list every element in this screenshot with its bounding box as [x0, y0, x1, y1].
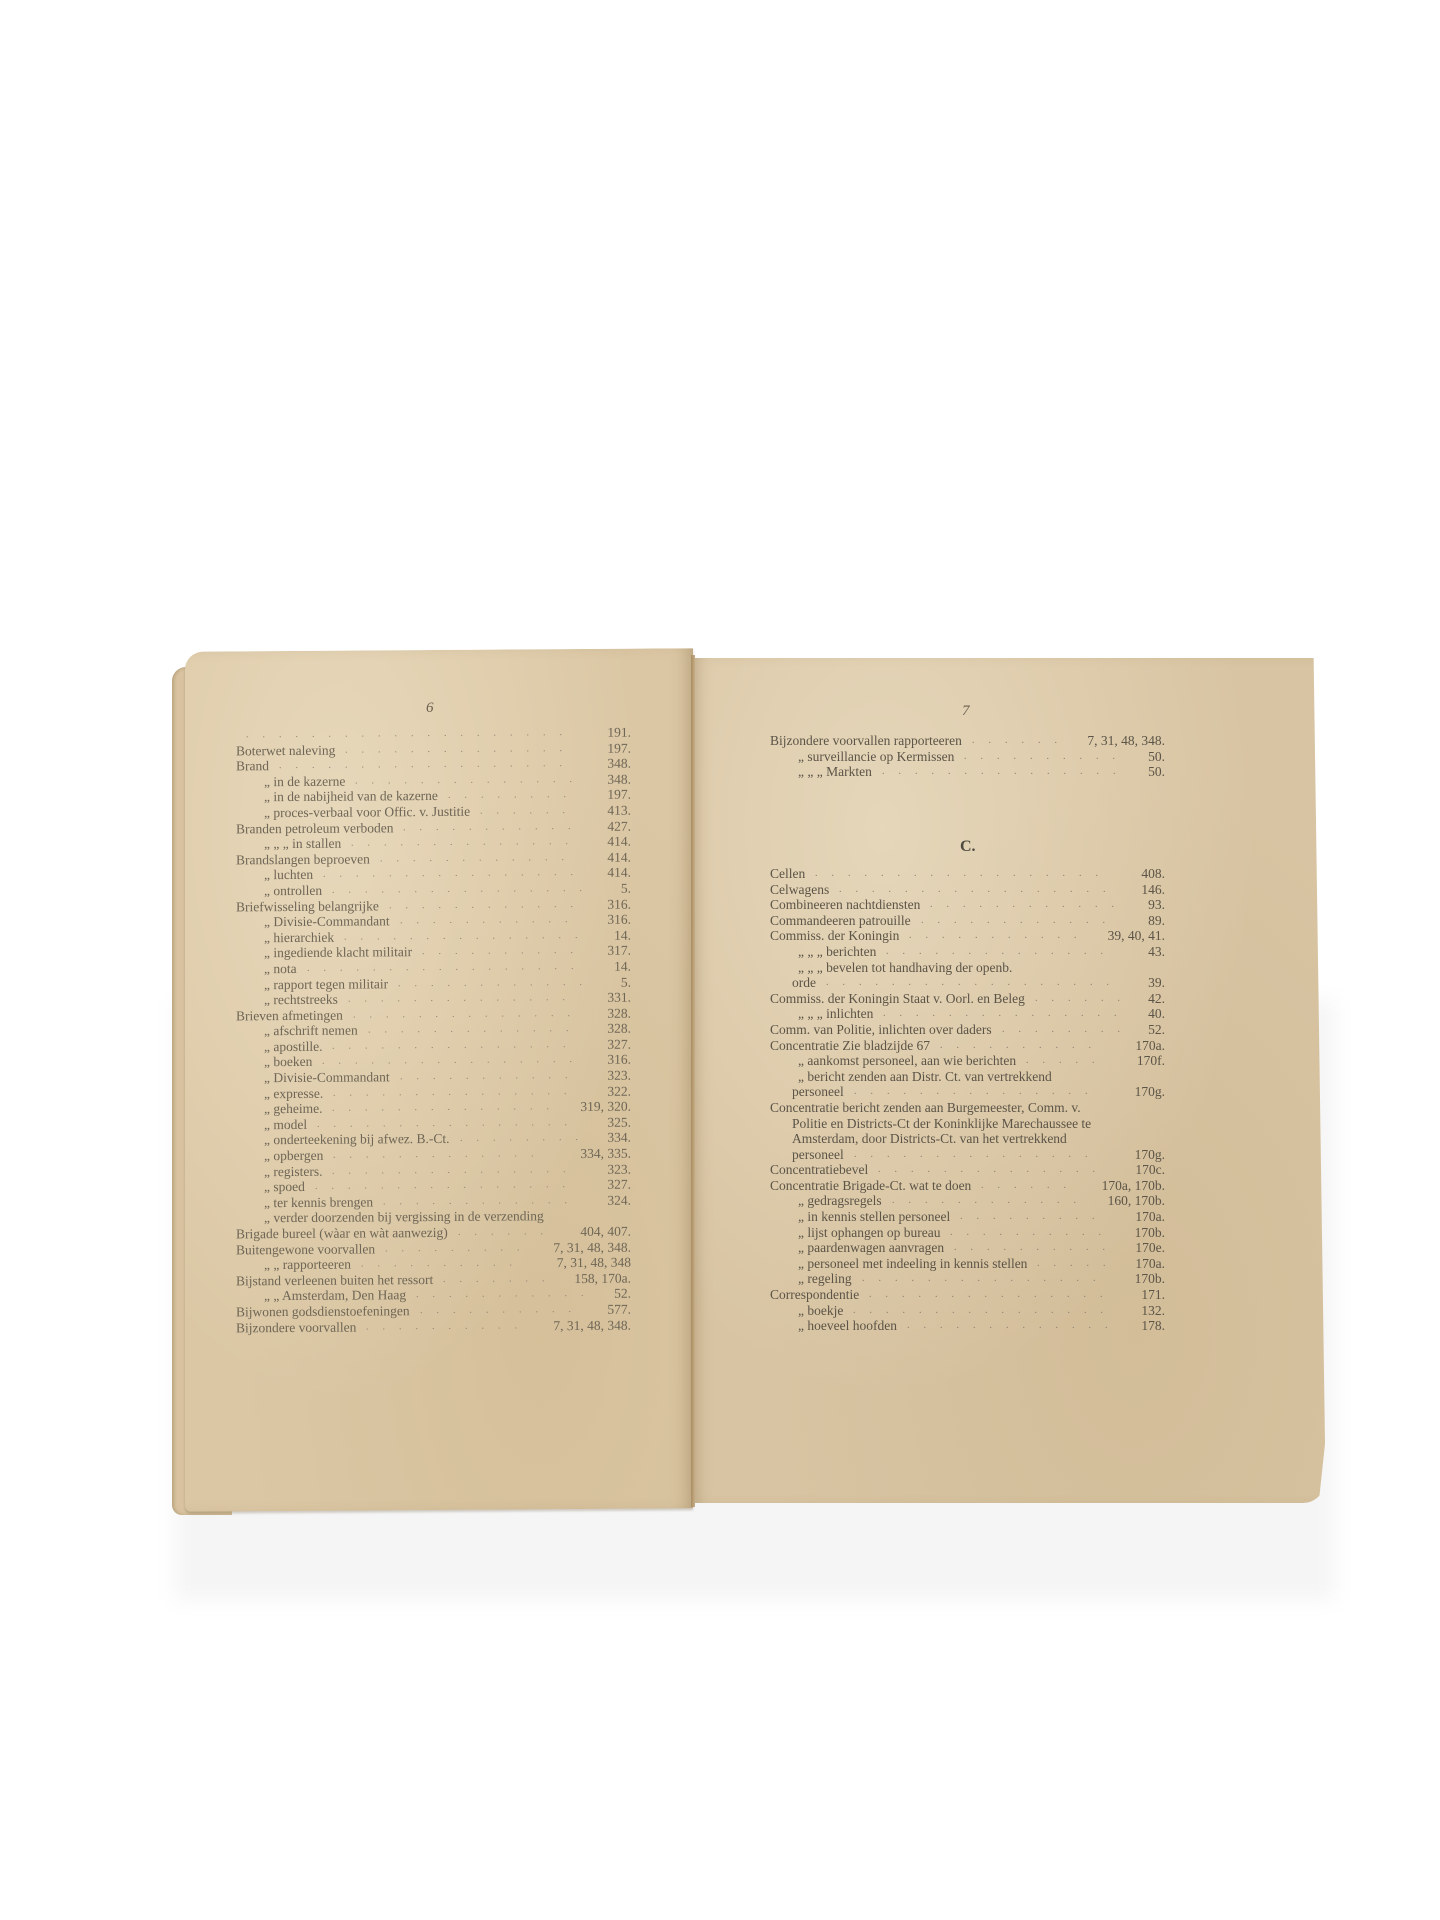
- entry-pages: 319, 320.: [580, 1099, 631, 1115]
- entry-label: „ afschrift nemen: [264, 1023, 358, 1039]
- entry-pages: 132.: [1141, 1303, 1165, 1319]
- entry-pages: 170a.: [1135, 1256, 1165, 1272]
- index-entry: „ paardenwagen aanvragen..........170e.: [770, 1240, 1165, 1256]
- index-entry: Bijzondere voorvallen rapporteeren......…: [770, 733, 1165, 749]
- book-gutter: [691, 655, 695, 1507]
- entry-pages: 14.: [614, 959, 631, 975]
- index-entry: „ „ „ inlichten...............40.: [770, 1006, 1165, 1022]
- index-entry: Concentratie Brigade-Ct. wat te doen....…: [770, 1178, 1165, 1194]
- dot-leader: ................: [317, 1115, 581, 1132]
- entry-label: Celwagens: [770, 882, 829, 898]
- dot-leader: ..........: [366, 1318, 531, 1335]
- entry-pages: 40.: [1148, 1006, 1165, 1022]
- dot-leader: ..............: [351, 834, 582, 851]
- dot-leader: ..............: [886, 944, 1117, 960]
- entry-label: „ nota: [264, 961, 297, 977]
- entry-label: „ ingediende klacht militair: [264, 944, 412, 961]
- entry-label: „ paardenwagen aanvragen: [798, 1240, 944, 1256]
- entry-label: „ bericht zenden aan Distr. Ct. van vert…: [798, 1069, 1052, 1085]
- dot-leader: ..............: [345, 741, 576, 758]
- index-list-right-c: Cellen..................408.Celwagens...…: [770, 866, 1165, 1334]
- index-entry: Concentratie Zie bladzijde 67..........1…: [770, 1038, 1165, 1054]
- entry-label: „ „ „ berichten: [798, 944, 876, 960]
- index-entry: Celwagens.................146.: [770, 882, 1165, 898]
- entry-pages: 7, 31, 48, 348.: [1087, 733, 1165, 749]
- index-entry: Combineeren nachtdiensten............93.: [770, 897, 1165, 913]
- entry-pages: 325.: [607, 1114, 631, 1130]
- dot-leader: ......: [458, 1224, 557, 1240]
- index-entry: Commandeeren patrouille............89.: [770, 913, 1165, 929]
- dot-leader: ......: [480, 803, 579, 819]
- index-entry: „ personeel met indeeling in kennis stel…: [770, 1256, 1165, 1272]
- entry-label: „ „ rapporteeren: [264, 1257, 351, 1273]
- index-entry: personeel...............170g.: [770, 1147, 1165, 1163]
- entry-label: Brandslangen beproeven: [236, 851, 370, 868]
- dot-leader: ..........: [361, 1256, 526, 1273]
- entry-label: „ gedragsregels: [798, 1193, 882, 1209]
- entry-pages: 158, 170a.: [574, 1270, 631, 1286]
- entry-label: „ in de nabijheid van de kazerne: [264, 788, 438, 805]
- entry-label: Politie en Districts-Ct der Koninklijke …: [792, 1116, 1091, 1132]
- entry-pages: 316.: [607, 912, 631, 928]
- entry-pages: 170b.: [1135, 1225, 1165, 1241]
- entry-label: Brand: [236, 758, 269, 774]
- dot-leader: ...........: [416, 1286, 598, 1303]
- entry-label: „ ter kennis brengen: [264, 1194, 373, 1210]
- entry-label: „ luchten: [264, 867, 313, 883]
- index-entry: Concentratiebevel..............170c.: [770, 1162, 1165, 1178]
- entry-label: „ in kennis stellen personeel: [798, 1209, 950, 1225]
- entry-pages: 170b.: [1135, 1271, 1165, 1287]
- entry-pages: 7, 31, 48, 348: [557, 1255, 631, 1271]
- entry-pages: 197.: [607, 787, 631, 803]
- entry-pages: 414.: [607, 849, 631, 865]
- dot-leader: ................: [322, 1052, 586, 1069]
- index-entry: „ lijst ophangen op bureau..........170b…: [770, 1225, 1165, 1241]
- dot-leader: ...............: [862, 1271, 1110, 1287]
- entry-label: Concentratie Brigade-Ct. wat te doen: [770, 1178, 971, 1194]
- entry-label: Brigade bureel (wàar en wàt aanwezig): [236, 1225, 448, 1242]
- dot-leader: ......: [972, 733, 1071, 749]
- index-entry: orde..................39.: [770, 975, 1165, 991]
- entry-label: „ lijst ophangen op bureau: [798, 1225, 940, 1241]
- dot-leader: ................: [332, 881, 596, 898]
- entry-label: „ „ „ in stallen: [264, 836, 341, 852]
- entry-label: orde: [792, 975, 816, 991]
- dot-leader: ..................: [826, 975, 1123, 991]
- dot-leader: ..........: [954, 1240, 1119, 1256]
- entry-label: „ „ „ inlichten: [798, 1006, 873, 1022]
- dot-leader: .............: [333, 1146, 548, 1163]
- dot-leader: ...........: [403, 819, 585, 836]
- dot-leader: ................: [315, 1177, 579, 1194]
- entry-label: „ geheime.: [264, 1101, 322, 1117]
- entry-pages: 7, 31, 48, 348.: [553, 1239, 631, 1255]
- entry-label: „ boekje: [798, 1303, 843, 1319]
- dot-leader: .................: [839, 882, 1120, 898]
- entry-label: „ spoed: [264, 1179, 305, 1195]
- index-entry: Correspondentie...............171.: [770, 1287, 1165, 1303]
- dot-leader: ..............: [348, 990, 579, 1007]
- entry-pages: 170a, 170b.: [1102, 1178, 1165, 1194]
- entry-label: personeel: [792, 1084, 844, 1100]
- dot-leader: ...............: [332, 1037, 580, 1054]
- dot-leader: ......: [981, 1178, 1080, 1194]
- dot-leader: ................: [853, 1303, 1117, 1319]
- entry-pages: 414.: [607, 834, 631, 850]
- entry-pages: 5.: [621, 974, 631, 990]
- entry-pages: 50.: [1148, 764, 1165, 780]
- dot-leader: ...........: [909, 928, 1091, 944]
- index-entry: Politie en Districts-Ct der Koninklijke …: [770, 1116, 1165, 1132]
- index-entry: Commiss. der Koningin...........39, 40, …: [770, 928, 1165, 944]
- entry-label: „ rechtstreeks: [264, 992, 338, 1008]
- entry-label: Commiss. der Koningin Staat v. Oorl. en …: [770, 991, 1025, 1007]
- entry-label: „ personeel met indeeling in kennis stel…: [798, 1256, 1027, 1272]
- dot-leader: ..............: [353, 1006, 584, 1023]
- entry-pages: 414.: [607, 865, 631, 881]
- dot-leader: ...............: [854, 1084, 1102, 1100]
- index-entry: personeel...............170g.: [770, 1084, 1165, 1100]
- dot-leader: ..............: [878, 1162, 1109, 1178]
- index-entry: Amsterdam, door Districts-Ct. van het ve…: [770, 1131, 1165, 1147]
- dot-leader: ...........: [400, 1068, 582, 1085]
- index-entry: „ gedragsregels............160, 170b.: [770, 1193, 1165, 1209]
- dot-leader: ........: [448, 787, 580, 804]
- entry-pages: 413.: [607, 803, 631, 819]
- entry-pages: 43.: [1148, 944, 1165, 960]
- entry-pages: 170f.: [1137, 1053, 1165, 1069]
- entry-pages: 427.: [607, 818, 631, 834]
- entry-pages: 39.: [1148, 975, 1165, 991]
- entry-label: „ „ „ Markten: [798, 764, 872, 780]
- entry-label: „ rapport tegen militair: [264, 976, 388, 992]
- entry-pages: 324.: [607, 1192, 631, 1208]
- entry-pages: 323.: [607, 1161, 631, 1177]
- dot-leader: .......: [443, 1271, 559, 1287]
- dot-leader: .........: [385, 1240, 534, 1257]
- entry-pages: 146.: [1141, 882, 1165, 898]
- entry-label: „ expresse.: [264, 1085, 323, 1101]
- entry-label: Boterwet naleving: [236, 742, 335, 758]
- index-entry: Bijzondere voorvallen..........7, 31, 48…: [236, 1317, 631, 1335]
- index-entry: „ in kennis stellen personeel.........17…: [770, 1209, 1165, 1225]
- entry-label: „ regeling: [798, 1271, 852, 1287]
- entry-pages: 93.: [1148, 897, 1165, 913]
- entry-label: „ hoeveel hoofden: [798, 1318, 897, 1334]
- entry-pages: 316.: [607, 896, 631, 912]
- entry-label: „ proces-verbaal voor Offic. v. Justitie: [264, 804, 470, 821]
- dot-leader: ..................: [815, 866, 1112, 882]
- entry-label: personeel: [792, 1147, 844, 1163]
- entry-pages: 160, 170b.: [1108, 1193, 1165, 1209]
- dot-leader: ...............: [333, 1084, 581, 1101]
- entry-pages: 52.: [614, 1286, 631, 1302]
- entry-label: Bijwonen godsdienstoefeningen: [236, 1303, 410, 1320]
- dot-leader: ......: [1035, 991, 1134, 1007]
- index-entry: „ aankomst personeel, aan wie berichten.…: [770, 1053, 1165, 1069]
- entry-label: Commiss. der Koningin: [770, 928, 899, 944]
- entry-pages: 327.: [607, 1177, 631, 1193]
- entry-pages: 348.: [607, 771, 631, 787]
- index-entry: „ bericht zenden aan Distr. Ct. van vert…: [770, 1069, 1165, 1085]
- dot-leader: ............: [892, 1193, 1090, 1209]
- index-list-left: ....................191.Boterwet nalevin…: [236, 725, 631, 1336]
- entry-pages: 331.: [607, 990, 631, 1006]
- index-entry: „ „ „ berichten..............43.: [770, 944, 1165, 960]
- entry-label: „ apostille.: [264, 1039, 322, 1055]
- entry-pages: 334, 335.: [580, 1146, 631, 1162]
- index-entry: Concentratie bericht zenden aan Burgemee…: [770, 1100, 1165, 1116]
- entry-label: „ boeken: [264, 1054, 312, 1070]
- entry-label: Combineeren nachtdiensten: [770, 897, 920, 913]
- dot-leader: ..........: [950, 1225, 1115, 1241]
- dot-leader: ...............: [332, 1162, 580, 1179]
- entry-pages: 52.: [1148, 1022, 1165, 1038]
- entry-pages: 197.: [607, 740, 631, 756]
- entry-pages: 89.: [1148, 913, 1165, 929]
- dot-leader: ............: [389, 896, 587, 913]
- entry-label: „ surveillancie op Kermissen: [798, 749, 954, 765]
- dot-leader: ............: [380, 850, 578, 867]
- dot-leader: ............: [921, 913, 1119, 929]
- entry-label: Bijzondere voorvallen: [236, 1319, 356, 1335]
- dot-leader: ...............: [854, 1147, 1102, 1163]
- entry-pages: 322.: [607, 1083, 631, 1099]
- dot-leader: .........: [960, 1209, 1109, 1225]
- entry-label: Bijzondere voorvallen rapporteeren: [770, 733, 962, 749]
- dot-leader: ...............: [882, 764, 1130, 780]
- index-entry: Comm. van Politie, inlichten over daders…: [770, 1022, 1165, 1038]
- entry-label: Cellen: [770, 866, 805, 882]
- entry-pages: 170g.: [1135, 1084, 1165, 1100]
- entry-pages: 171.: [1141, 1287, 1165, 1303]
- entry-pages: 408.: [1141, 866, 1165, 882]
- index-entry: Cellen..................408.: [770, 866, 1165, 882]
- entry-pages: 327.: [607, 1036, 631, 1052]
- index-entry: Commiss. der Koningin Staat v. Oorl. en …: [770, 991, 1165, 1007]
- entry-label: Comm. van Politie, inlichten over daders: [770, 1022, 992, 1038]
- dot-leader: ........: [460, 1130, 592, 1147]
- entry-pages: 328.: [607, 1021, 631, 1037]
- entry-pages: 316.: [607, 1052, 631, 1068]
- index-entry: „ surveillancie op Kermissen..........50…: [770, 749, 1165, 765]
- entry-label: „ hierarchiek: [264, 929, 334, 945]
- entry-pages: 191.: [607, 725, 631, 741]
- entry-label: Branden petroleum verboden: [236, 820, 393, 837]
- section-heading-c: C.: [960, 838, 976, 856]
- dot-leader: .............: [907, 1318, 1122, 1334]
- index-entry: „ „ „ Markten...............50.: [770, 764, 1165, 780]
- index-entry: „ boekje................132.: [770, 1303, 1165, 1319]
- entry-label: „ „ „ bevelen tot handhaving der openb.: [798, 960, 1012, 976]
- entry-label: Amsterdam, door Districts-Ct. van het ve…: [792, 1131, 1067, 1147]
- entry-pages: 317.: [607, 943, 631, 959]
- entry-label: Concentratie bericht zenden aan Burgemee…: [770, 1100, 1081, 1116]
- entry-label: „ opbergen: [264, 1148, 323, 1164]
- dot-leader: ............: [398, 974, 596, 991]
- dot-leader: ..........: [420, 1302, 585, 1319]
- dot-leader: ..........: [940, 1038, 1105, 1054]
- entry-pages: 334.: [607, 1130, 631, 1146]
- dot-leader: ...............: [883, 1006, 1131, 1022]
- index-list-right-b: Bijzondere voorvallen rapporteeren......…: [770, 733, 1165, 780]
- page-number-right: 7: [962, 703, 970, 720]
- dot-leader: ............: [930, 897, 1128, 913]
- dot-leader: ........: [1002, 1022, 1134, 1038]
- entry-label: „ „ Amsterdam, Den Haag: [264, 1288, 406, 1305]
- entry-label: Concentratiebevel: [770, 1162, 868, 1178]
- page-number-left: 6: [426, 700, 434, 717]
- entry-label: Buitengewone voorvallen: [236, 1241, 375, 1258]
- entry-pages: 14.: [614, 927, 631, 943]
- entry-label: Bijstand verleenen buiten het ressort: [236, 1272, 433, 1289]
- entry-pages: 323.: [607, 1068, 631, 1084]
- dot-leader: ............: [383, 1193, 581, 1210]
- index-entry: „ hoeveel hoofden.............178.: [770, 1318, 1165, 1334]
- entry-label: Concentratie Zie bladzijde 67: [770, 1038, 930, 1054]
- entry-label: Commandeeren patrouille: [770, 913, 911, 929]
- entry-label: „ onderteekening bij afwez. B.-Ct.: [264, 1131, 450, 1148]
- entry-pages: 170g.: [1135, 1147, 1165, 1163]
- dot-leader: ...............: [344, 928, 592, 945]
- entry-label: „ model: [264, 1117, 307, 1133]
- dot-leader: ...............: [869, 1287, 1117, 1303]
- dot-leader: ..............: [332, 1099, 563, 1116]
- index-entry: „ regeling...............170b.: [770, 1271, 1165, 1287]
- dot-leader: .............: [368, 1021, 583, 1038]
- dot-leader: ..........: [964, 749, 1129, 765]
- entry-pages: 39, 40, 41.: [1108, 928, 1165, 944]
- entry-pages: 42.: [1148, 991, 1165, 1007]
- entry-label: Correspondentie: [770, 1287, 859, 1303]
- entry-pages: 7, 31, 48, 348.: [553, 1317, 631, 1333]
- entry-label: Brieven afmetingen: [236, 1007, 343, 1023]
- entry-pages: 170e.: [1135, 1240, 1165, 1256]
- entry-label: „ in de kazerne: [264, 773, 345, 789]
- entry-pages: 577.: [607, 1302, 631, 1318]
- entry-label: „ aankomst personeel, aan wie berichten: [798, 1053, 1016, 1069]
- entry-pages: 348.: [607, 756, 631, 772]
- dot-leader: ................: [323, 865, 587, 882]
- entry-label: „ Divisie-Commandant: [264, 913, 390, 929]
- dot-leader: .....: [1037, 1256, 1120, 1272]
- dot-leader: ..............: [355, 772, 586, 789]
- entry-pages: 328.: [607, 1005, 631, 1021]
- entry-label: „ ontrollen: [264, 883, 322, 899]
- entry-pages: 404, 407.: [580, 1224, 631, 1240]
- entry-label: Briefwisseling belangrijke: [236, 898, 379, 915]
- dot-leader: .....: [1026, 1053, 1109, 1069]
- dot-leader: ...........: [400, 912, 582, 929]
- entry-label: „ Divisie-Commandant: [264, 1069, 390, 1085]
- entry-pages: 170c.: [1135, 1162, 1165, 1178]
- dot-leader: ..........: [422, 943, 587, 960]
- entry-pages: 50.: [1148, 749, 1165, 765]
- entry-label: „ registers.: [264, 1163, 322, 1179]
- index-entry: „ „ „ bevelen tot handhaving der openb.: [770, 960, 1165, 976]
- entry-pages: 170a.: [1135, 1038, 1165, 1054]
- entry-pages: 178.: [1141, 1318, 1165, 1334]
- entry-pages: 170a.: [1135, 1209, 1165, 1225]
- entry-pages: 5.: [621, 881, 631, 897]
